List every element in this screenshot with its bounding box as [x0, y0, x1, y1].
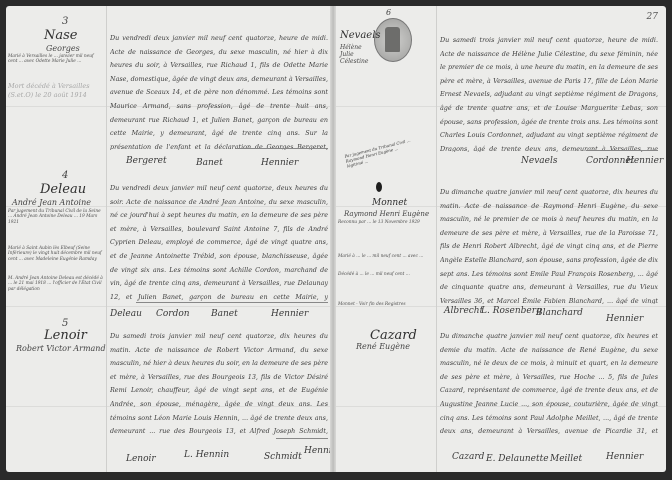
signature: Hennier	[606, 314, 643, 324]
entry-body-text: Du vendredi deux janvier mil neuf cent q…	[110, 32, 328, 150]
margin-annotation: Marié à ... le ... mil neuf cent ... ave…	[338, 254, 434, 259]
margin-annotation: Monnet - Voir fin des Registres	[338, 302, 434, 307]
entry-given-names: Robert Victor Armand	[16, 344, 106, 353]
entry-number: 3	[62, 16, 68, 27]
signature: Lenoir	[126, 454, 156, 464]
entry-given-names: Raymond Henri Eugène	[344, 210, 429, 218]
ruled-line	[6, 306, 334, 307]
signature: Cazard	[452, 452, 484, 462]
entry-end-line	[136, 302, 328, 303]
signature: Blanchard	[536, 308, 583, 318]
signature: Deleau	[110, 309, 142, 319]
left-register-page: 3 Nase Georges Marié à Versailles le ...…	[6, 6, 334, 472]
entry-surname: Monnet	[372, 198, 407, 208]
seal-emblem-icon	[385, 27, 400, 52]
margin-rule	[436, 6, 437, 472]
margin-annotation: M. André Jean Antoine Deleau est décédé …	[8, 276, 104, 292]
signature: Meillet	[550, 454, 582, 464]
signature: Schmidt	[264, 452, 302, 462]
entry-body-text: Du dimanche quatre janvier mil neuf cent…	[440, 330, 658, 438]
signature: L. Rosenberg	[481, 306, 542, 316]
signature: Nevaels	[521, 156, 557, 166]
signature: Banet	[211, 309, 238, 319]
entry-surname: Cazard	[370, 328, 417, 343]
entry-surname: Nase	[44, 28, 78, 43]
margin-annotation-faint: Mort décédé à Versailles (S.et.O) le 20 …	[8, 82, 104, 100]
entry-given-names: André Jean Antoine	[12, 198, 91, 207]
page-mark: 6	[386, 8, 391, 17]
entry-body-text: Du vendredi deux janvier mil neuf cent q…	[110, 182, 328, 302]
signature: Banet	[196, 158, 223, 168]
right-register-page: 27 6 Nevaels Hélène Julie Célestine Du s…	[336, 6, 666, 472]
entry-surname: Deleau	[40, 182, 86, 197]
margin-annotation: Reconnu par ... le 13 Novembre 1929	[338, 220, 434, 225]
entry-end-line	[236, 148, 328, 149]
margin-annotation: Marié à Versailles le ... janvier mil ne…	[8, 54, 104, 65]
entry-body-text: Du dimanche quatre janvier mil neuf cent…	[440, 186, 658, 304]
margin-rule	[106, 6, 107, 472]
entry-surname: Lenoir	[44, 328, 87, 343]
entry-given-names: Hélène Julie Célestine	[340, 44, 374, 65]
signature: Hennier	[626, 156, 663, 166]
signature: Albrecht	[444, 306, 483, 316]
signature: E. Delaunette	[486, 454, 549, 464]
entry-body-text: Du samedi trois janvier mil neuf cent qu…	[440, 34, 658, 152]
entry-body-text: Du samedi trois janvier mil neuf cent qu…	[110, 330, 328, 438]
folio-number: 27	[647, 12, 658, 22]
margin-annotation: Par jugement du Tribunal Civil de la Sei…	[8, 209, 104, 225]
signature: Cordon	[156, 309, 190, 319]
signature: L. Hennin	[184, 450, 229, 460]
margin-annotation: Décédé à ... le ... mil neuf cent ...	[338, 272, 434, 277]
margin-stamp-annotation: Par jugement du Tribunal Civil ... Raymo…	[344, 137, 416, 168]
entry-surname: Nevaels	[340, 30, 381, 41]
entry-given-names: Georges	[46, 44, 80, 53]
margin-annotation: Marié à Saint Aubin lès Elbeuf (Seine In…	[8, 246, 104, 262]
entry-end-line	[276, 438, 328, 439]
signature: Hennier	[271, 309, 308, 319]
entry-number: 4	[62, 170, 68, 181]
entry-end-line	[586, 150, 658, 151]
entry-given-names: René Eugène	[356, 342, 410, 351]
signature: Hennier	[606, 452, 643, 462]
signature: Bergeret	[126, 156, 167, 166]
ink-blot	[376, 182, 382, 192]
signature: Hennier	[261, 158, 298, 168]
